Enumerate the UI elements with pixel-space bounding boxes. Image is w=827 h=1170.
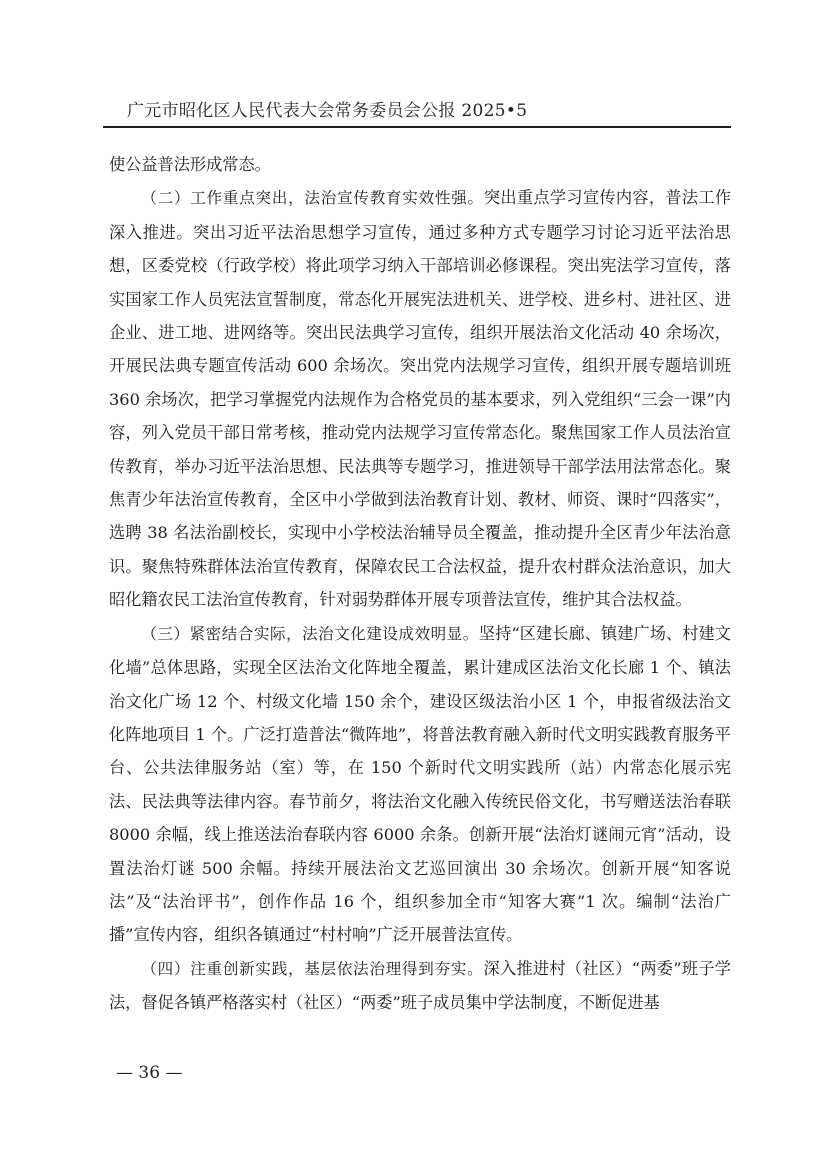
page-header: 广元市昭化区人民代表大会常务委员会公报 2025•5 [103, 100, 731, 128]
paragraph-text: 坚持“区建长廊、镇建广场、村建文化墙”总体思路，实现全区法治文化阵地全覆盖，累计… [109, 624, 731, 945]
page-number: — 36 — [116, 1062, 182, 1084]
paragraph-section-3: （三）紧密结合实际，法治文化建设成效明显。坚持“区建长廊、镇建广场、村建文化墙”… [109, 617, 731, 952]
header-divider [103, 126, 731, 128]
section-heading: （二）工作重点突出，法治宣传教育实效性强。 [141, 189, 483, 207]
paragraph-text: 使公益普法形成常态。 [109, 155, 271, 174]
paragraph-continuation: 使公益普法形成常态。 [109, 148, 731, 181]
section-heading: （三）紧密结合实际，法治文化建设成效明显。 [141, 625, 478, 643]
bulletin-title: 广元市昭化区人民代表大会常务委员会公报 2025•5 [103, 100, 731, 122]
paragraph-section-4: （四）注重创新实践，基层依法治理得到夯实。深入推进村（社区）“两委”班子学法，督… [109, 952, 731, 1020]
document-body: 使公益普法形成常态。 （二）工作重点突出，法治宣传教育实效性强。突出重点学习宣传… [109, 148, 731, 1020]
paragraph-section-2: （二）工作重点突出，法治宣传教育实效性强。突出重点学习宣传内容，普法工作深入推进… [109, 181, 731, 616]
paragraph-text: 突出重点学习宣传内容，普法工作深入推进。突出习近平法治思想学习宣传，通过多种方式… [109, 188, 731, 609]
section-heading: （四）注重创新实践，基层依法治理得到夯实。 [141, 960, 483, 978]
